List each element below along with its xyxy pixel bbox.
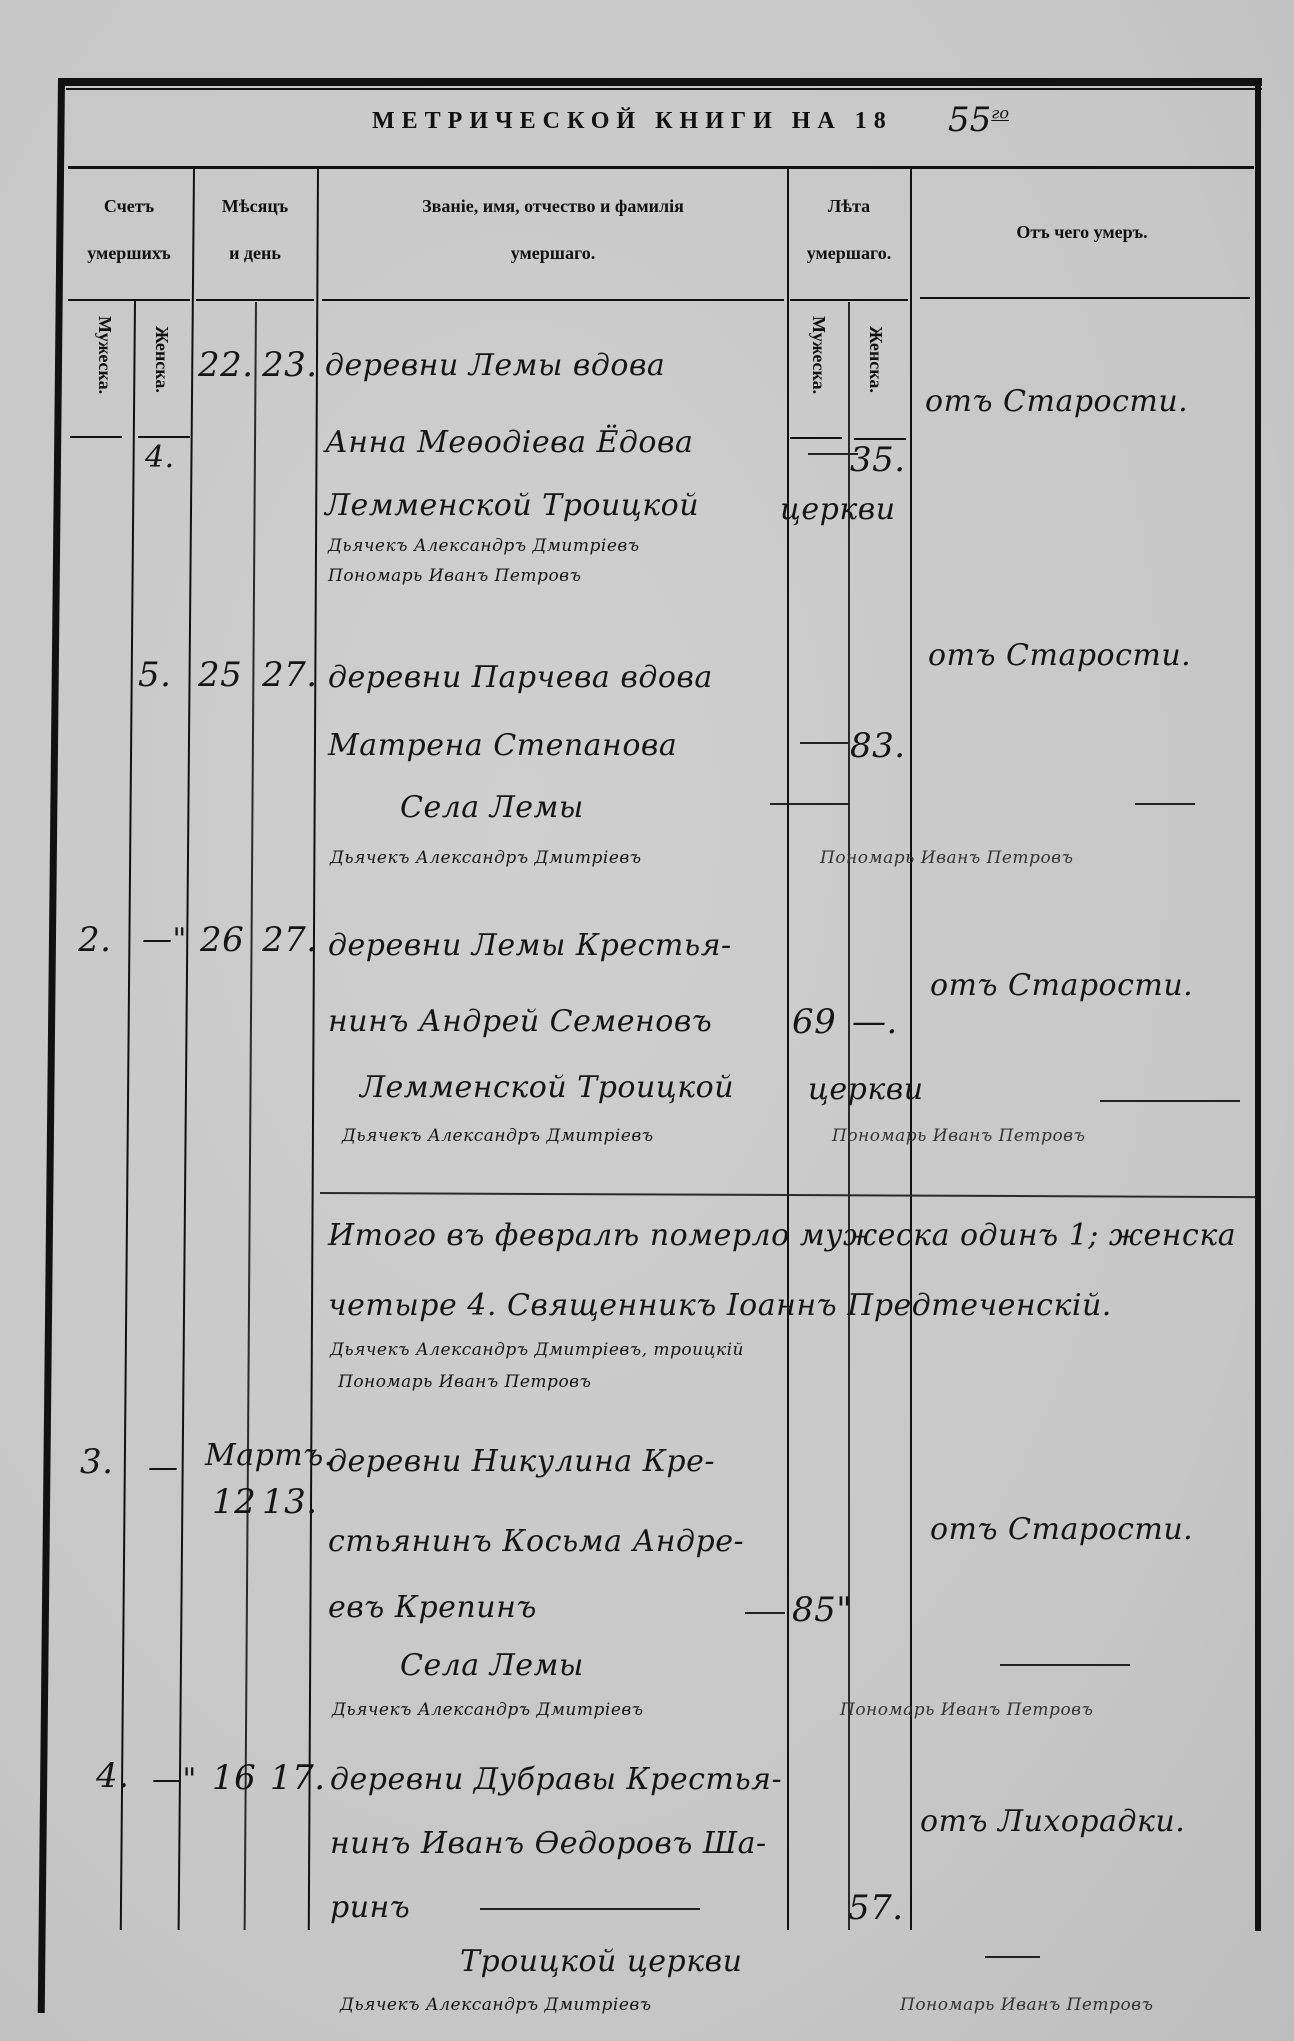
entry-2-clergy-2: Пономарь Иванъ Петровъ [820, 848, 1073, 868]
entry-4-death-day: 12 [212, 1482, 256, 1522]
entry-4-burial-day: 13. [262, 1482, 318, 1522]
col-line-age-cause [910, 168, 912, 1930]
entry-3-church: церкви [808, 1072, 924, 1107]
top-border-inner [66, 88, 1262, 90]
left-border [38, 78, 65, 2013]
count-male-label: Мужеска. [95, 316, 115, 394]
entry-1-name-line-1: деревни Лемы вдова [325, 348, 665, 383]
subheader-bottom-count-female [138, 436, 190, 438]
summary-line-2: четыре 4. Священникъ Іоаннъ Предтеченскі… [328, 1288, 1112, 1323]
entry-3-clergy-2: Пономарь Иванъ Петровъ [832, 1126, 1085, 1146]
header-date: Мѣсяцъ и день [195, 196, 315, 264]
entry-4-name-line-1: деревни Никулина Кре- [328, 1444, 715, 1479]
header-date-line1: Мѣсяцъ [195, 196, 315, 217]
header-age: Лѣта умершаго. [788, 196, 910, 264]
header-name-line2: умершаго. [320, 243, 786, 264]
entry-1-death-day: 22. [198, 345, 254, 385]
header-name-line1: Званіе, имя, отчество и фамилія [320, 196, 786, 217]
col-line-date-name [308, 168, 319, 1930]
entry-3-female-no: —" [142, 922, 187, 957]
entry-1-burial-day: 23. [262, 345, 318, 385]
header-cause: Отъ чего умеръ. [912, 222, 1252, 243]
entry-4-name-line-3: евъ Крепинъ [328, 1590, 537, 1625]
entry-1-clergy-1: Дьячекъ Александръ Дмитріевъ [328, 536, 640, 556]
entry-5-cause-dash [985, 1956, 1040, 1958]
entry-2-name-line-3: Села Лемы [400, 790, 584, 825]
entry-1-female-no: 4. [145, 440, 175, 475]
subheader-age-female: Женска. [865, 326, 886, 393]
entry-1-name-line-3: Лемменской Троицкой [325, 488, 699, 523]
entry-3-male-no: 2. [78, 920, 111, 960]
entry-5-male-no: 4. [96, 1756, 129, 1796]
col-line-name-age [787, 168, 789, 1930]
entry-4-name-line-4: Села Лемы [400, 1648, 584, 1683]
header-date-line2: и день [195, 243, 315, 264]
entry-3-fill-dash [1100, 1100, 1240, 1102]
entry-2-death-day: 25 [198, 655, 242, 695]
count-female-label: Женска. [152, 326, 172, 393]
entry-4-clergy-1: Дьячекъ Александръ Дмитріевъ [332, 1700, 644, 1720]
entry-4-male-no: 3. [80, 1442, 113, 1482]
entry-2-fill-dash-2 [1135, 803, 1195, 805]
entry-3-cause: отъ Старости. [930, 968, 1193, 1003]
entry-2-age-dash [800, 742, 848, 744]
subheader-bottom-age-male [790, 437, 842, 439]
entry-1-name-line-2: Анна Меѳодіева Ёдова [325, 425, 693, 460]
entry-5-death-day: 16 [212, 1758, 256, 1798]
subheader-rule-date [196, 299, 314, 301]
entry-2-fill-dash [770, 803, 850, 805]
header-age-line1: Лѣта [788, 196, 910, 217]
entry-5-name-line-4: Троицкой церкви [460, 1944, 742, 1979]
entry-3-age-female: —. [852, 1002, 898, 1042]
summary-line-3: Дьячекъ Александръ Дмитріевъ, троицкій [330, 1340, 744, 1360]
header-count-line1: Счетъ [68, 196, 190, 217]
entry-3-burial-day: 27. [262, 920, 318, 960]
subheader-rule-age [790, 299, 908, 301]
page-title: МЕТРИЧЕСКОЙ КНИГИ НА 18 [372, 108, 893, 135]
year-suffix: го [991, 104, 1009, 123]
age-female-label: Женска. [866, 326, 886, 393]
entry-2-clergy-1: Дьячекъ Александръ Дмитріевъ [330, 848, 642, 868]
entry-4-name-line-2: стьянинъ Косьма Андре- [328, 1524, 744, 1559]
entry-5-name-line-2: нинъ Иванъ Ѳедоровъ Ша- [330, 1826, 767, 1861]
entry-4-fill-dash [1000, 1664, 1130, 1666]
entry-5-age-female: 57. [848, 1888, 904, 1928]
entry-3-clergy-1: Дьячекъ Александръ Дмитріевъ [342, 1126, 654, 1146]
age-male-label: Мужеска. [809, 316, 829, 394]
subheader-count-female: Женска. [151, 326, 172, 393]
subheader-rule-count [68, 299, 190, 301]
top-border [60, 78, 1262, 86]
header-count-line2: умершихъ [68, 243, 190, 264]
entry-1-church: церкви [780, 492, 896, 527]
subheader-bottom-count-male [70, 436, 122, 438]
entry-4-clergy-2: Пономарь Иванъ Петровъ [840, 1700, 1093, 1720]
entry-5-fill-dash [480, 1908, 700, 1910]
header-top-rule [68, 166, 1254, 169]
entry-4-age-male: 85" [792, 1590, 852, 1630]
header-name: Званіе, имя, отчество и фамилія умершаго… [320, 196, 786, 264]
entry-5-cause: отъ Лихорадки. [920, 1804, 1185, 1839]
title-text: МЕТРИЧЕСКОЙ КНИГИ НА 18 [372, 108, 893, 134]
right-border [1255, 86, 1261, 1931]
entry-1-cause: отъ Старости. [925, 384, 1188, 419]
entry-3-death-day: 26 [200, 920, 244, 960]
entry-3-name-line-2: нинъ Андрей Семеновъ [328, 1004, 712, 1039]
entry-4-cause: отъ Старости. [930, 1512, 1193, 1547]
entry-1-clergy-2: Пономарь Иванъ Петровъ [328, 566, 581, 586]
entry-5-name-line-1: деревни Дубравы Крестья- [330, 1762, 782, 1797]
register-page: МЕТРИЧЕСКОЙ КНИГИ НА 18 55го Счетъ умерш… [0, 0, 1294, 2041]
subheader-rule-cause [920, 297, 1250, 299]
col-line-count-split [120, 300, 136, 1930]
entry-2-age-female: 83. [850, 726, 906, 766]
col-line-age-split [848, 302, 850, 1930]
col-line-date-split [244, 302, 257, 1930]
entry-4-month: Мартъ. [205, 1438, 334, 1473]
header-cause-label: Отъ чего умеръ. [912, 222, 1252, 243]
entry-4-age-dash [745, 1612, 785, 1614]
entry-1-age-female: 35. [850, 440, 906, 480]
summary-line-4: Пономарь Иванъ Петровъ [338, 1372, 591, 1392]
entry-5-female-no: —" [152, 1762, 197, 1797]
entry-5-name-line-3: ринъ [330, 1890, 410, 1925]
entry-2-burial-day: 27. [262, 655, 318, 695]
entry-4-female-no: — [148, 1450, 179, 1485]
year-digits: 55 [948, 100, 991, 140]
subheader-age-male: Мужеска. [808, 316, 829, 394]
entry-3-name-line-1: деревни Лемы Крестья- [328, 928, 732, 963]
col-line-count-date [178, 168, 195, 1930]
entry-3-name-line-3: Лемменской Троицкой [360, 1070, 734, 1105]
header-age-line2: умершаго. [788, 243, 910, 264]
entry-3-age-male: 69 [792, 1002, 836, 1042]
year-handwritten: 55го [948, 100, 1009, 140]
entry-5-clergy-2: Пономарь Иванъ Петровъ [900, 1995, 1153, 2015]
entry-2-cause: отъ Старости. [928, 638, 1191, 673]
summary-line-1: Итого въ февралѣ померло мужеска одинъ 1… [328, 1218, 1236, 1253]
subheader-count-male: Мужеска. [94, 316, 115, 394]
entry-5-burial-day: 17. [270, 1758, 326, 1798]
entry-2-name-line-1: деревни Парчева вдова [328, 660, 713, 695]
header-count: Счетъ умершихъ [68, 196, 190, 264]
entry-5-clergy-1: Дьячекъ Александръ Дмитріевъ [340, 1995, 652, 2015]
entry-2-name-line-2: Матрена Степанова [328, 728, 677, 763]
subheader-rule-name [322, 299, 784, 301]
entry-2-female-no: 5. [138, 655, 171, 695]
